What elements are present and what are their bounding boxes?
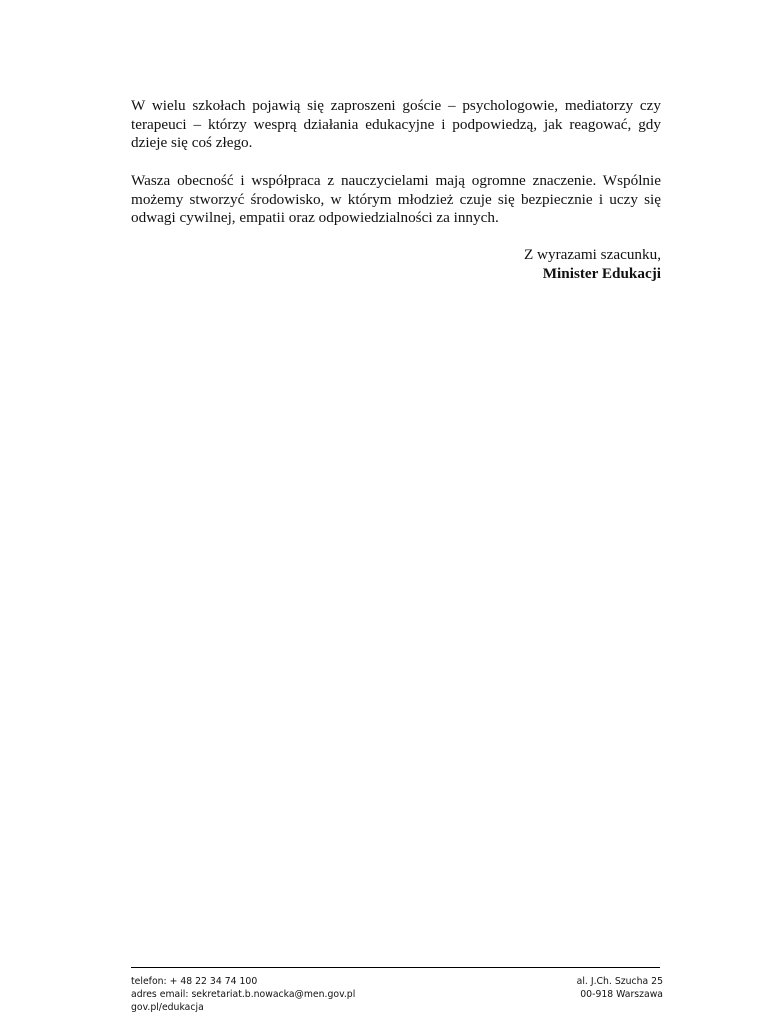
salutation: Z wyrazami szacunku, xyxy=(524,245,661,264)
text-line: odwagi cywilnej, empatii oraz odpowiedzi… xyxy=(131,209,661,228)
body-paragraph-1: W wielu szkołach pojawią się zaproszeni … xyxy=(131,97,661,153)
footer-email: adres email: sekretariat.b.nowacka@men.g… xyxy=(131,988,355,1001)
footer-contact: telefon: + 48 22 34 74 100 adres email: … xyxy=(131,975,355,1014)
footer-street: al. J.Ch. Szucha 25 xyxy=(577,975,663,988)
text-line: terapeuci – którzy wesprą działania eduk… xyxy=(131,116,661,135)
signature: Minister Edukacji xyxy=(524,264,661,283)
footer-phone: telefon: + 48 22 34 74 100 xyxy=(131,975,355,988)
text-line: Wasza obecność i współpraca z nauczyciel… xyxy=(131,172,661,191)
text-line: dzieje się coś złego. xyxy=(131,134,661,153)
footer-address: al. J.Ch. Szucha 25 00-918 Warszawa xyxy=(577,975,663,1001)
text-line: możemy stworzyć środowisko, w którym mło… xyxy=(131,191,661,210)
body-paragraph-2: Wasza obecność i współpraca z nauczyciel… xyxy=(131,172,661,228)
letter-closing: Z wyrazami szacunku, Minister Edukacji xyxy=(524,245,661,283)
text-line: W wielu szkołach pojawią się zaproszeni … xyxy=(131,97,661,116)
footer-website: gov.pl/edukacja xyxy=(131,1001,355,1014)
footer-city: 00-918 Warszawa xyxy=(577,988,663,1001)
footer-divider xyxy=(131,967,660,968)
document-page: W wielu szkołach pojawią się zaproszeni … xyxy=(0,0,783,1034)
